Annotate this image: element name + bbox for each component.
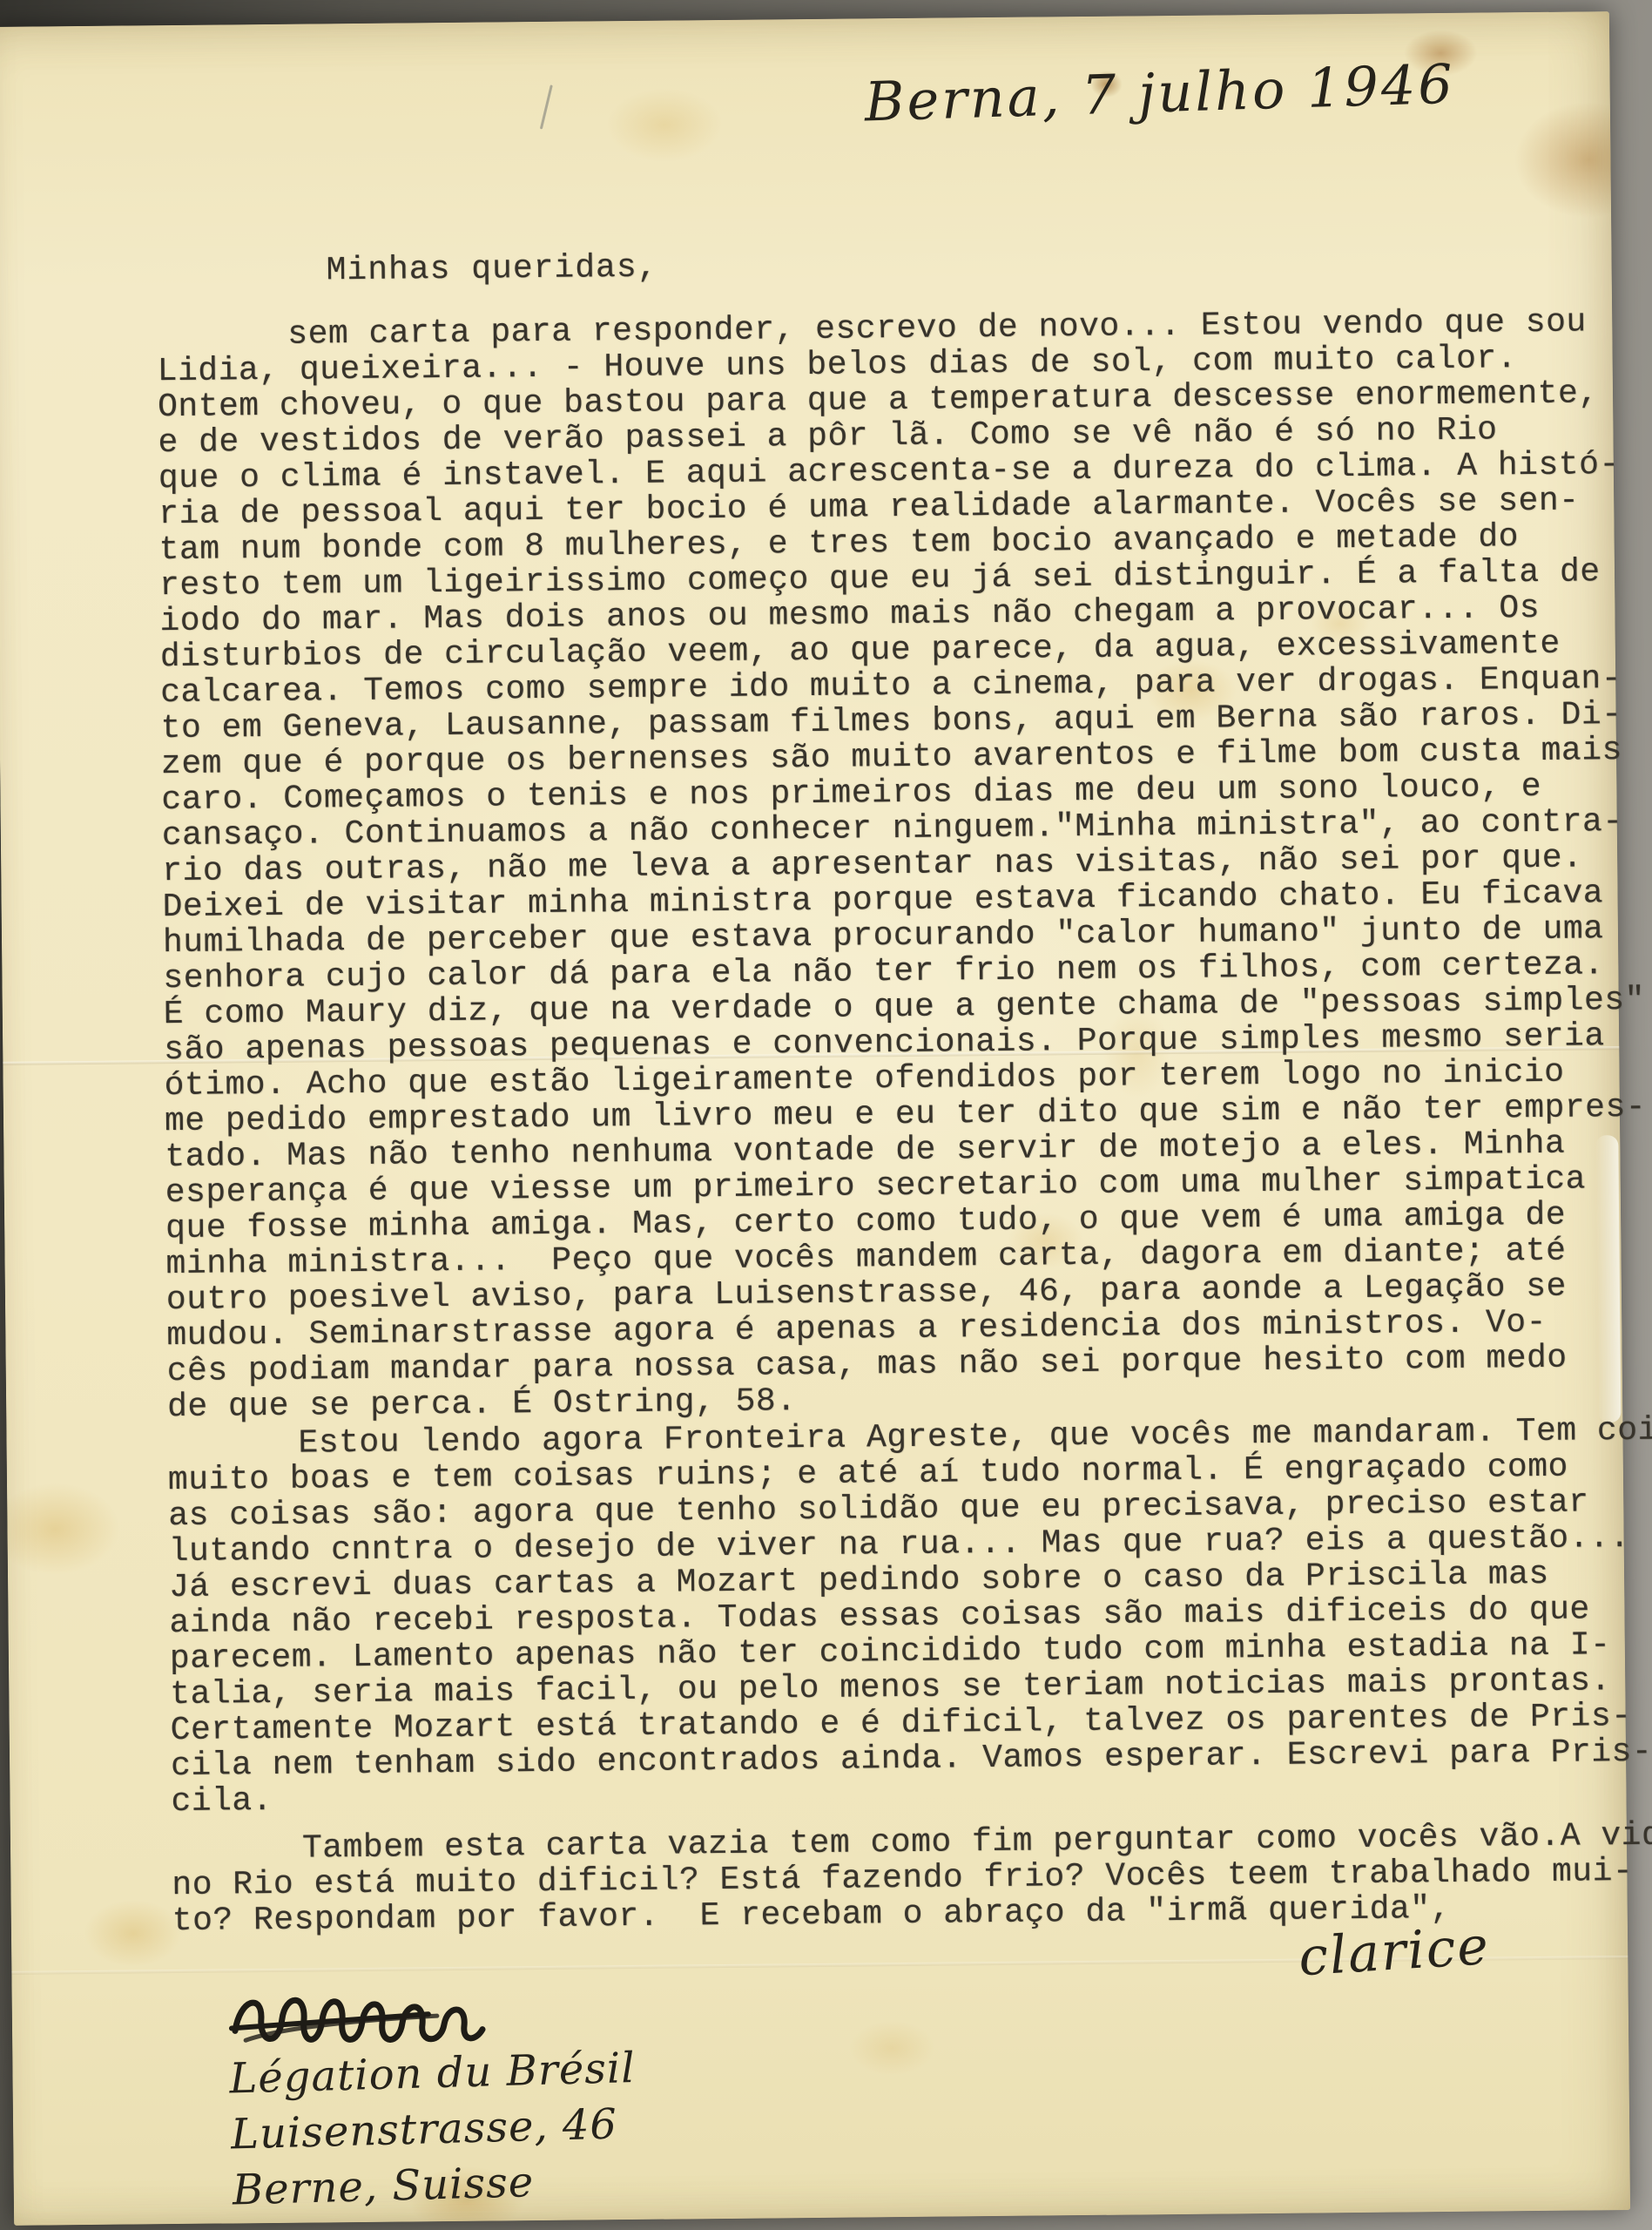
handwritten-date: Berna, 7 julho 1946: [864, 52, 1456, 134]
handwritten-signature: clarice: [1297, 1916, 1491, 1988]
address-line-street: Luisenstrasse, 46: [230, 2096, 637, 2163]
handwritten-address-block: Légation du Brésil Luisenstrasse, 46 Ber…: [229, 2040, 639, 2219]
scanned-letter-photo: Berna, 7 julho 1946 Minhas queridas, sem…: [0, 0, 1652, 2230]
letter-paper: Berna, 7 julho 1946 Minhas queridas, sem…: [0, 11, 1630, 2226]
paragraph: sem carta para responder, escrevo de nov…: [157, 303, 1652, 1425]
address-line-city: Berne, Suisse: [232, 2152, 639, 2219]
letter-body: sem carta para responder, escrevo de nov…: [157, 303, 1652, 1939]
salutation: Minhas queridas,: [326, 249, 657, 290]
paragraph: Estou lendo agora Fronteira Agreste, que…: [167, 1412, 1652, 1820]
pencil-mark: [540, 84, 553, 129]
